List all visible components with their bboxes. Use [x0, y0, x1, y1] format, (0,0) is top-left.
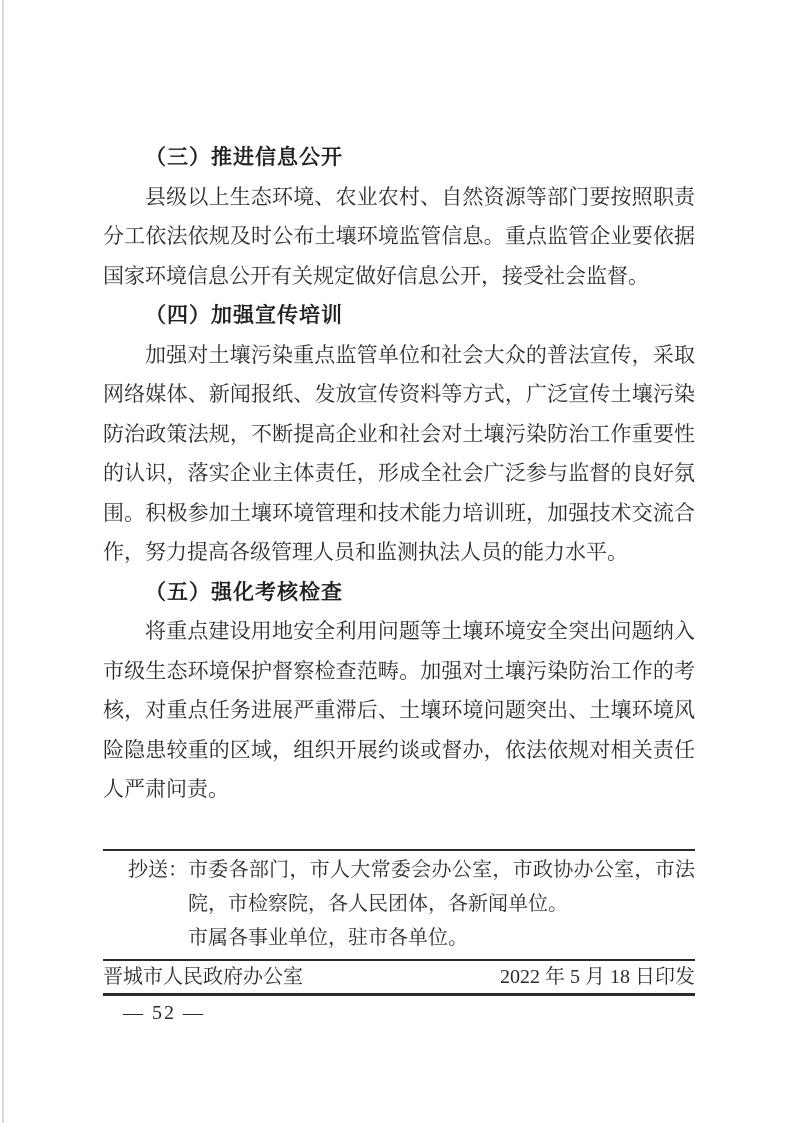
cc-label: 抄送：	[128, 853, 188, 955]
section-paragraph-4: 加强对土壤污染重点监管单位和社会大众的普法宣传，采取网络媒体、新闻报纸、发放宣传…	[103, 336, 695, 573]
document-body: （三）推进信息公开 县级以上生态环境、农业农村、自然资源等部门要按照职责分工依法…	[103, 138, 695, 810]
cc-distribution-block: 抄送： 市委各部门，市人大常委会办公室，市政协办公室，市法院，市检察院，各人民团…	[103, 849, 695, 959]
section-heading-5: （五）强化考核检查	[103, 573, 695, 613]
cc-recipient-list: 市委各部门，市人大常委会办公室，市政协办公室，市法院，市检察院，各人民团体，各新…	[188, 853, 695, 955]
document-footer: 抄送： 市委各部门，市人大常委会办公室，市政协办公室，市法院，市检察院，各人民团…	[103, 849, 695, 1028]
cc-recipients-line-1: 市委各部门，市人大常委会办公室，市政协办公室，市法院，市检察院，各人民团体，各新…	[188, 853, 695, 921]
section-paragraph-5: 将重点建设用地安全利用问题等土壤环境安全突出问题纳入市级生态环境保护督察检查范畴…	[103, 612, 695, 810]
section-heading-4: （四）加强宣传培训	[103, 296, 695, 336]
document-page: （三）推进信息公开 县级以上生态环境、农业农村、自然资源等部门要按照职责分工依法…	[0, 0, 794, 1123]
section-paragraph-3: 县级以上生态环境、农业农村、自然资源等部门要按照职责分工依法依规及时公布土壤环境…	[103, 178, 695, 297]
page-number: — 52 —	[103, 998, 695, 1028]
issuing-office: 晋城市人民政府办公室	[103, 961, 303, 993]
section-heading-3: （三）推进信息公开	[103, 138, 695, 178]
issue-info-row: 晋城市人民政府办公室 2022 年 5 月 18 日印发	[103, 959, 695, 996]
print-date: 2022 年 5 月 18 日印发	[500, 961, 695, 993]
scan-edge-artifact	[2, 0, 4, 1123]
cc-recipients-line-2: 市属各事业单位，驻市各单位。	[188, 921, 695, 955]
